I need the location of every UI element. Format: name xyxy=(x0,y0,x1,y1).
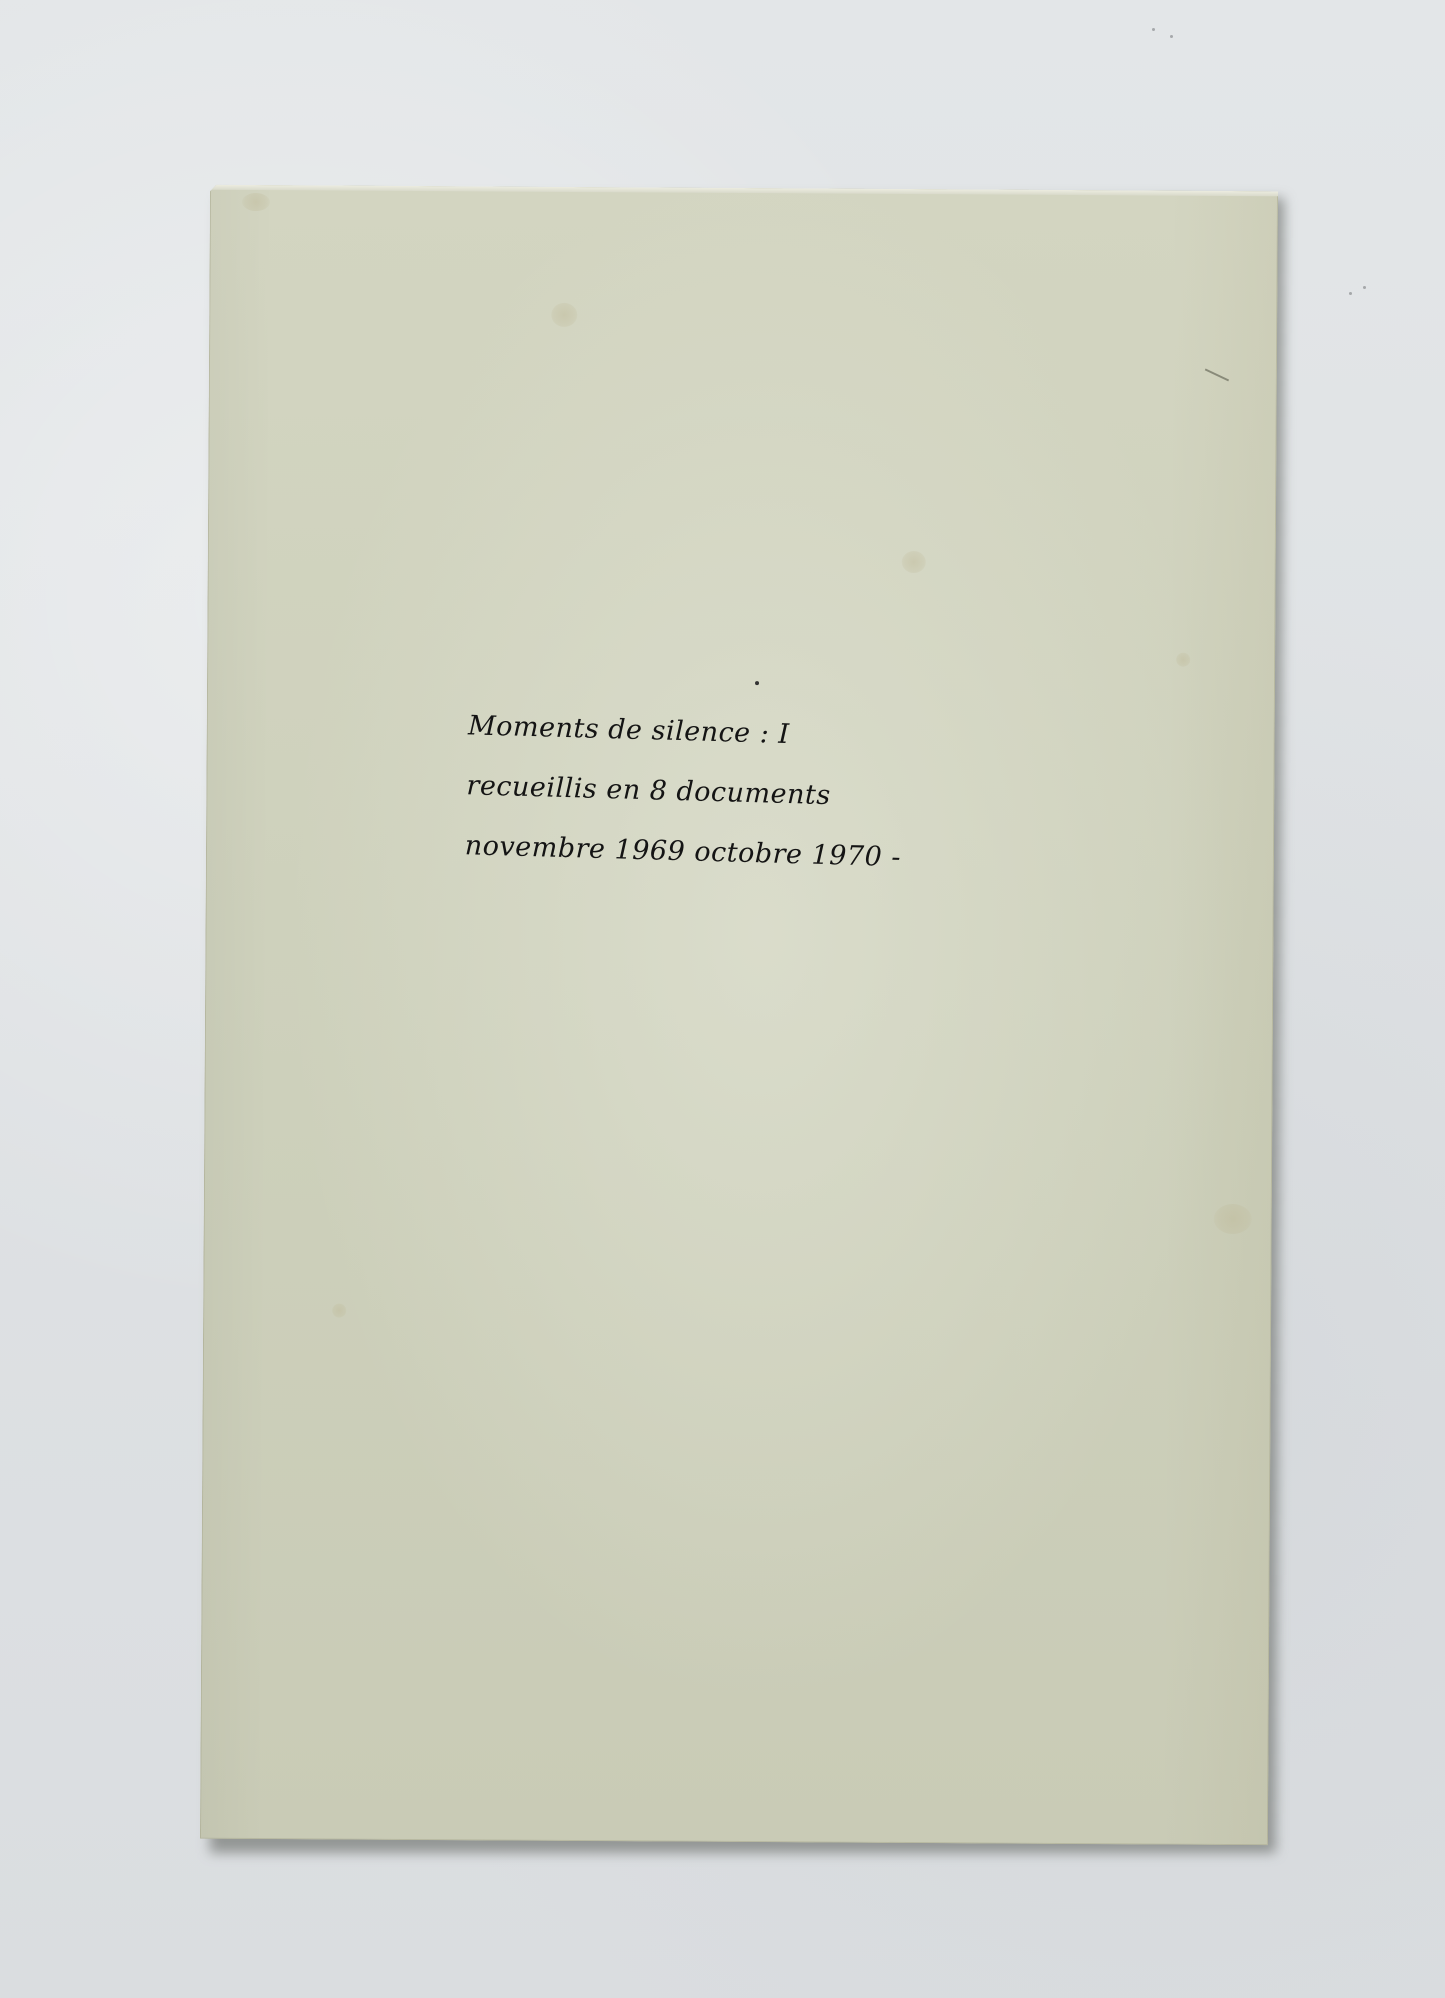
paper-stain xyxy=(1214,1204,1252,1234)
paper-stain xyxy=(1176,653,1190,667)
paper-top-edge xyxy=(210,185,1278,197)
ink-dot xyxy=(755,681,759,685)
paper-stain xyxy=(332,1304,346,1318)
surface-speck xyxy=(1152,28,1155,31)
surface-speck xyxy=(1363,286,1366,289)
paper-stain xyxy=(551,303,577,327)
handwritten-note: Moments de silence : I recueillis en 8 d… xyxy=(464,696,1069,892)
paper-stain xyxy=(242,193,270,211)
surface-speck xyxy=(1349,292,1352,295)
surface-speck xyxy=(1170,35,1173,38)
paper-stain xyxy=(902,551,926,573)
document-sheet: Moments de silence : I recueillis en 8 d… xyxy=(200,185,1278,1845)
paper-scratch xyxy=(1205,368,1229,381)
